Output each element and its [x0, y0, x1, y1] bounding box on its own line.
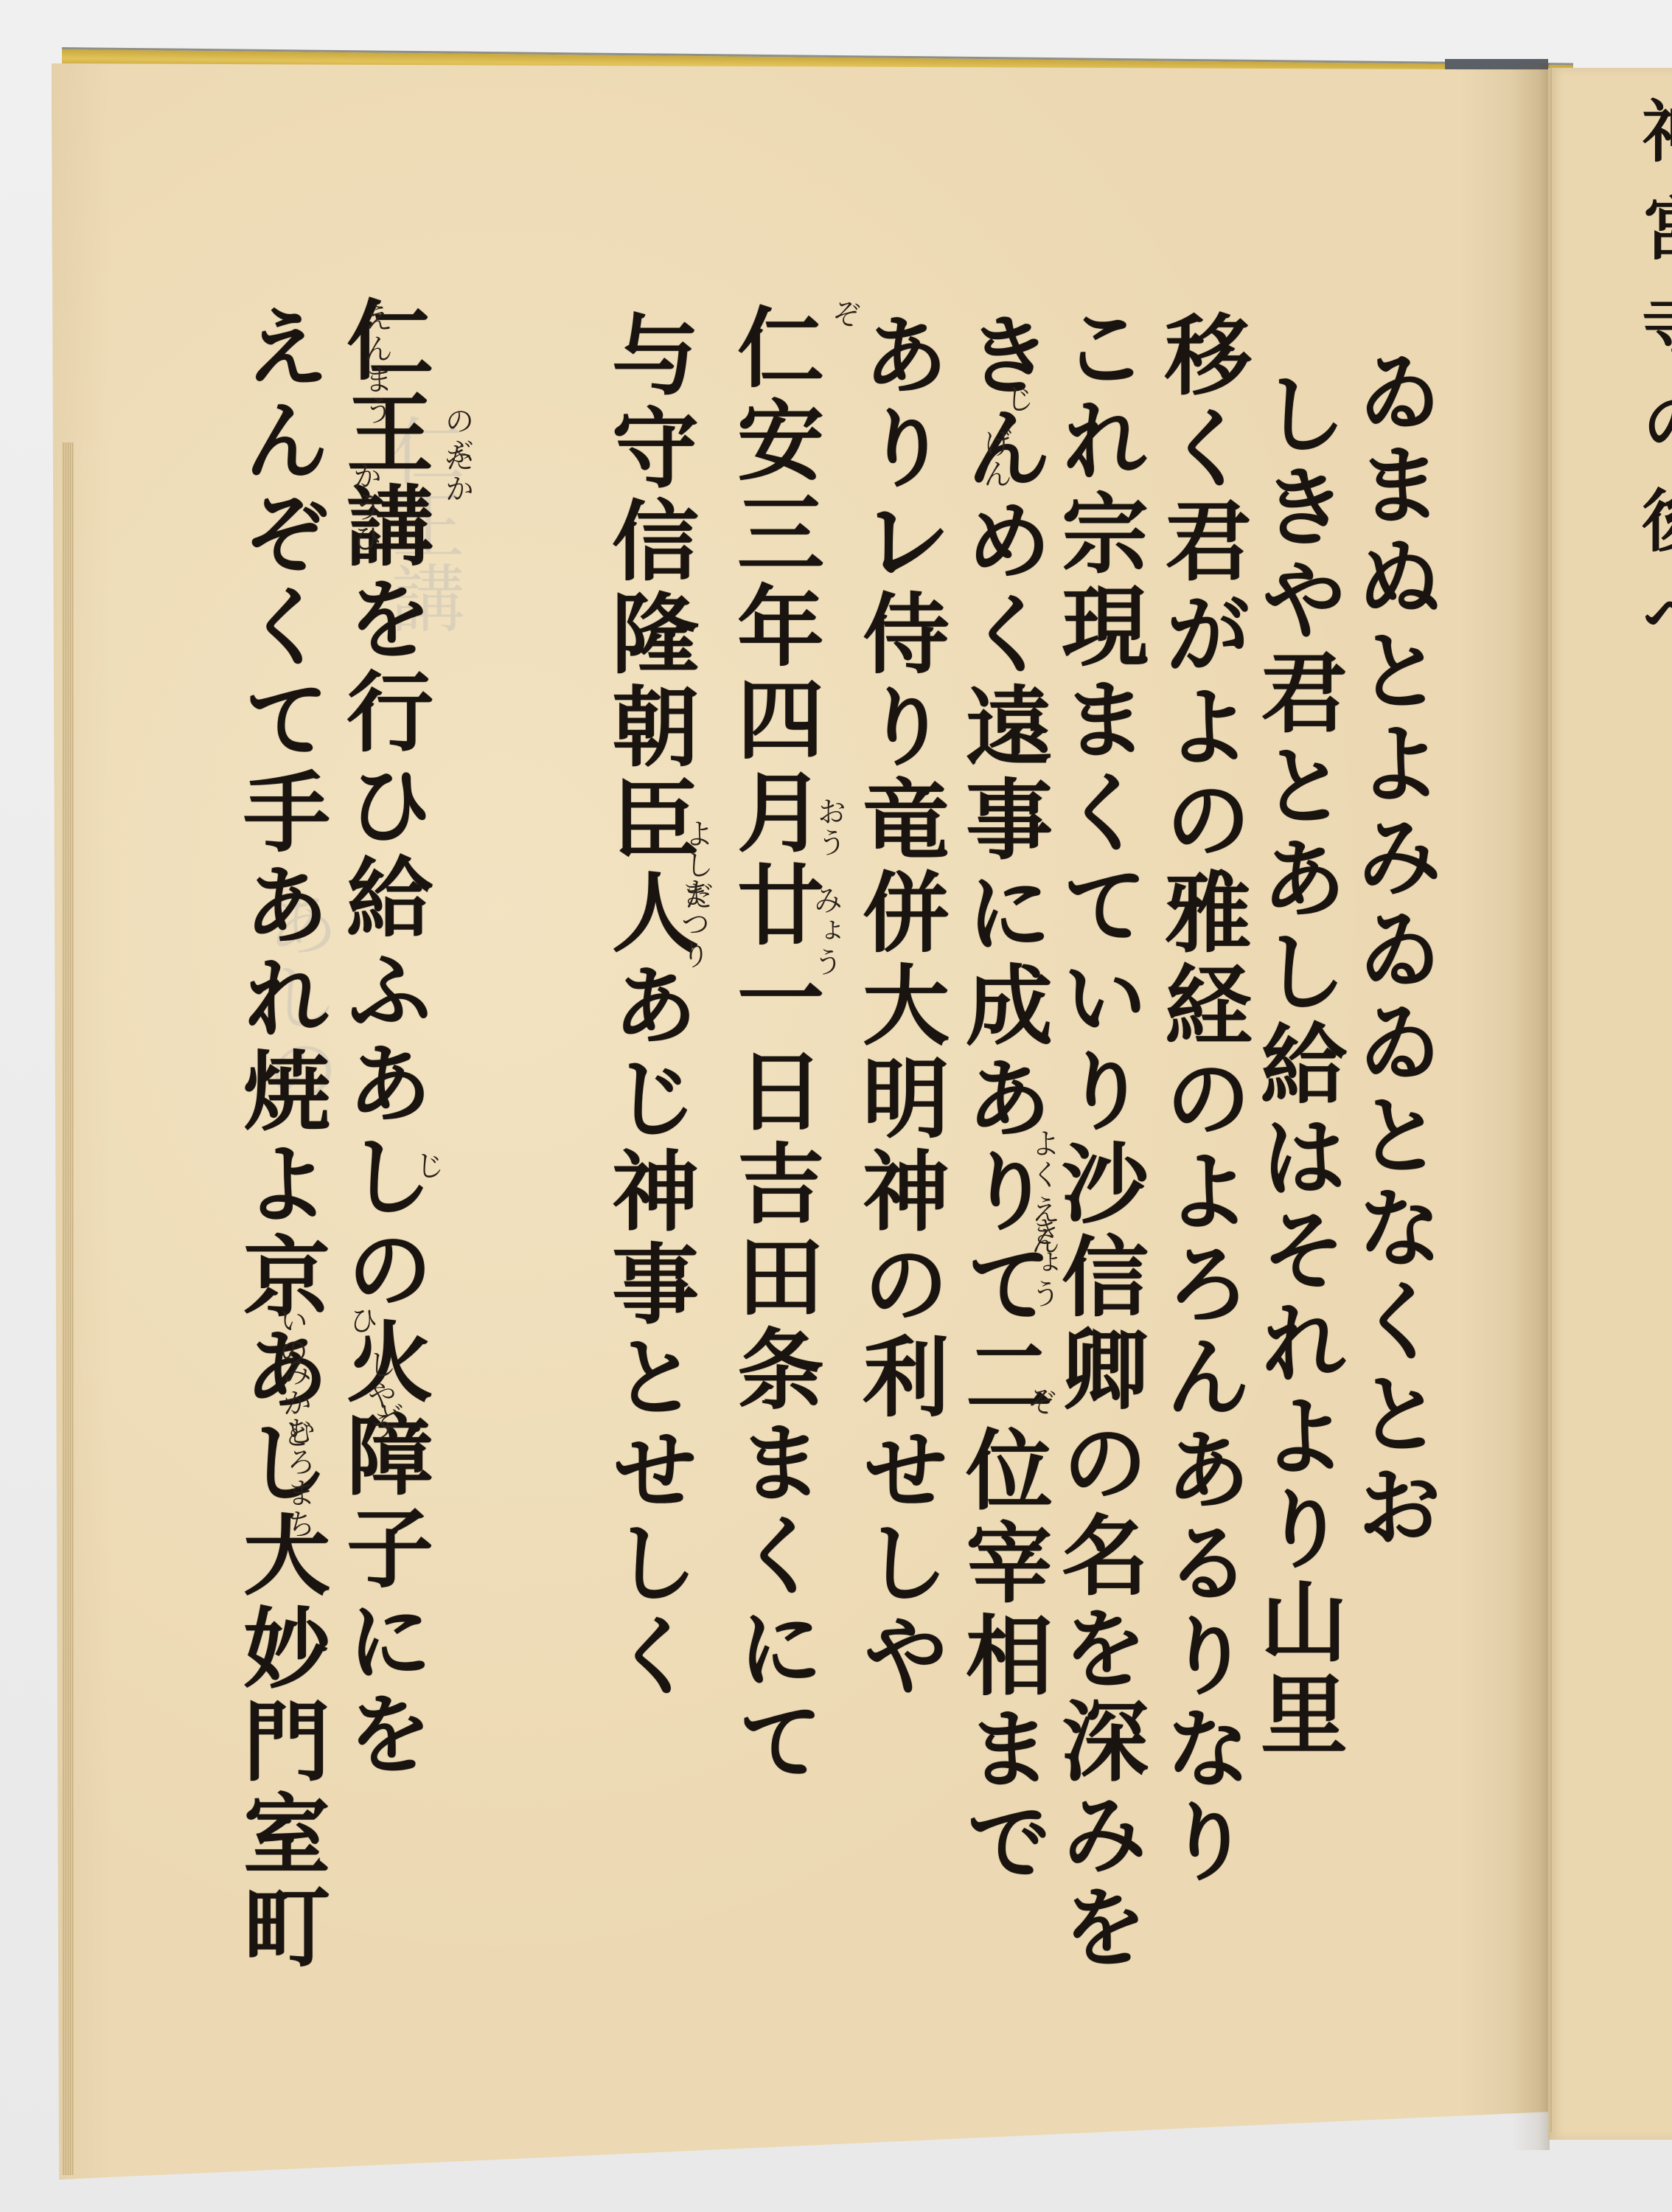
ruby-annotation: じ	[413, 1150, 442, 1181]
ruby-annotation: じ	[1003, 383, 1032, 414]
gutter-shadow	[1511, 63, 1550, 2150]
ruby-annotation: えんまう	[361, 302, 391, 426]
ruby-annotation: ぞ	[1025, 1386, 1054, 1417]
ruby-annotation: ぞ	[829, 299, 859, 330]
text-column-7: 仁安三年四月廿一日吉田条まくにて	[730, 302, 817, 1789]
ruby-annotation: かうひ	[350, 461, 380, 554]
text-column-8: 与守信隆朝臣人あじ神事とせしく	[605, 310, 692, 1703]
ruby-annotation: きょう	[1028, 1217, 1058, 1310]
text-column-1: ゐまぬとよみゐゐとなくとお	[1349, 347, 1436, 1554]
page-stack-edge	[62, 442, 74, 2175]
text-column-10: えんぞくて手あれ焼よ京あし大妙門室町	[236, 302, 323, 1975]
ruby-annotation: たか	[442, 442, 472, 504]
ruby-annotation: むろまち	[284, 1416, 313, 1540]
text-column-4: これ宗現まくていり沙信卿の名を深みを	[1054, 302, 1141, 1975]
ruby-annotation: おう	[815, 796, 844, 858]
ruby-annotation: ひ	[346, 1305, 376, 1336]
fold-crease	[1550, 68, 1552, 2132]
ruby-annotation: まつり	[678, 877, 708, 970]
text-column-3: 移く君がよの雅経のよろんあるりなり	[1157, 310, 1244, 1889]
text-column-2: しきや君とあし給はそれより山里	[1253, 369, 1340, 1762]
ruby-annotation: よく	[1028, 1128, 1058, 1190]
text-column-6: あり㆑侍り竜併大明神の利せしや	[855, 310, 942, 1703]
ruby-annotation: みょう	[811, 885, 840, 978]
facing-page-column: 神宮寺の後へ	[1637, 96, 1672, 680]
ruby-annotation: げん	[980, 428, 1010, 490]
text-column-5: きんめく遠事に成ありて二位宰相まで	[958, 310, 1045, 1889]
ruby-annotation: ど	[372, 1401, 402, 1432]
